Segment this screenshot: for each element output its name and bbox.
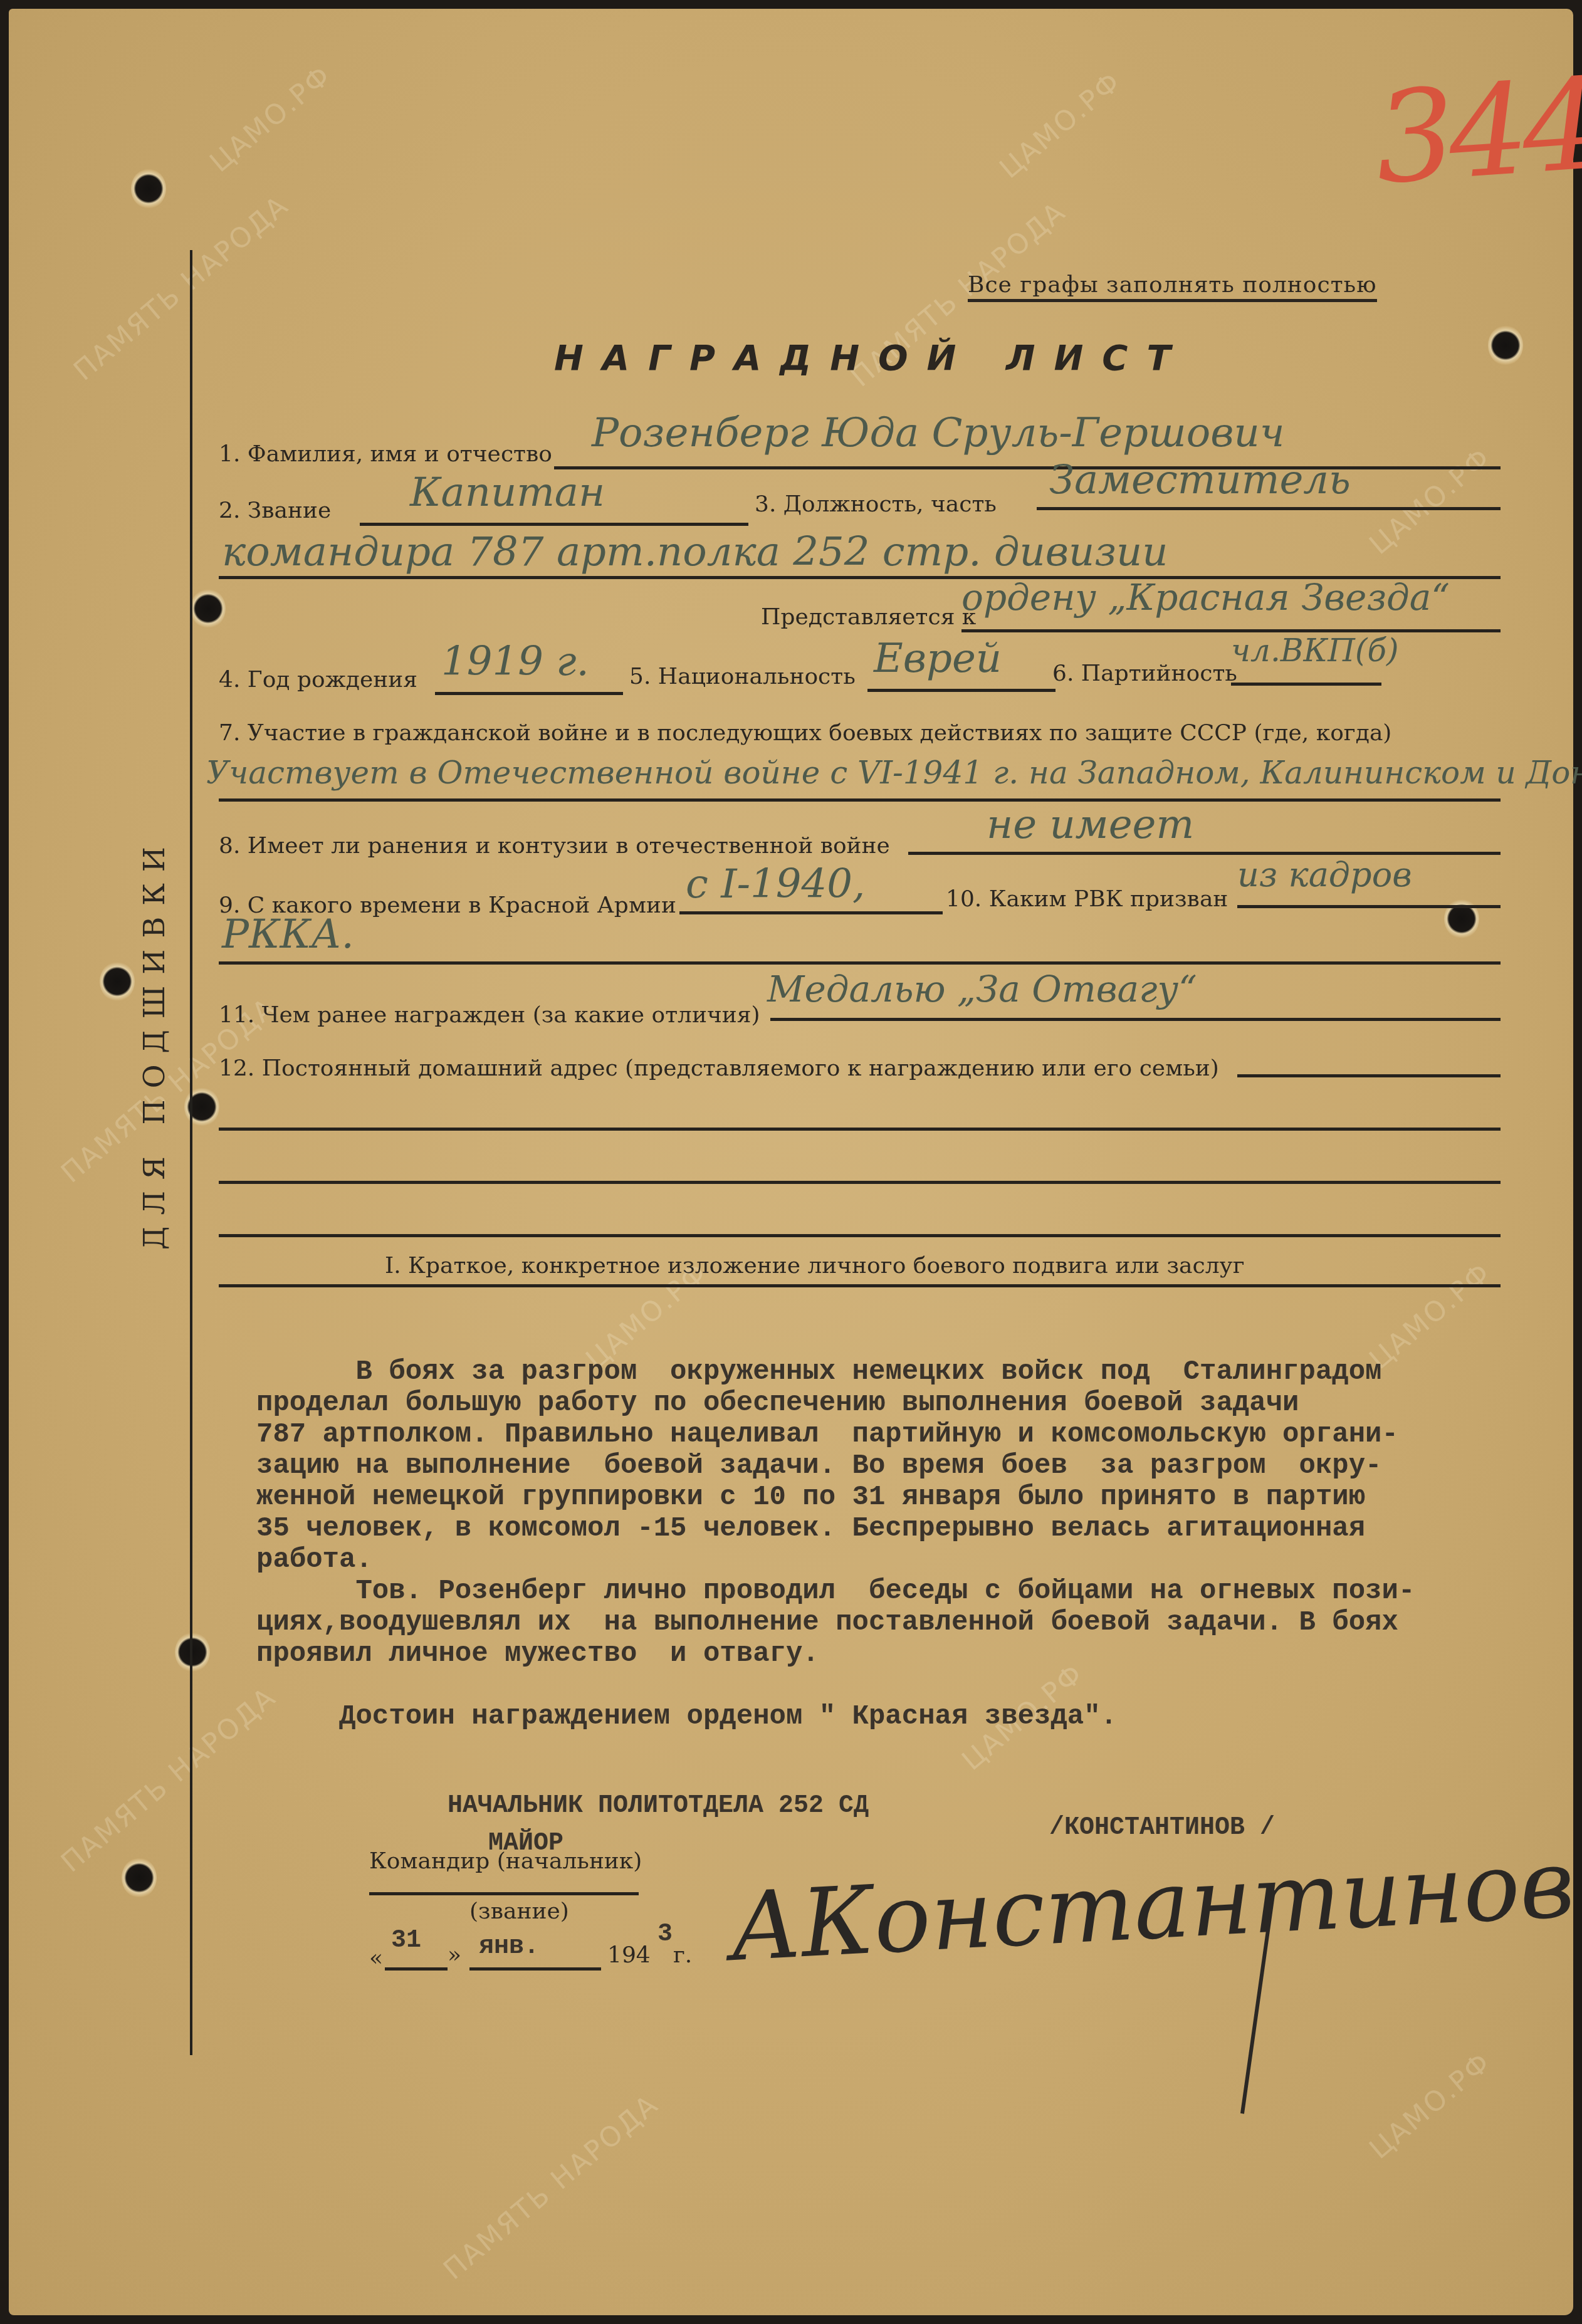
field-10-value-line2: РККА. (222, 911, 354, 958)
narrative-line: проделал большую работу по обеспечению в… (256, 1388, 1554, 1419)
narrative-line: женной немецкой группировки с 10 по 31 я… (256, 1482, 1554, 1513)
field-7-line (219, 798, 1501, 802)
field-3-label: 3. Должность, часть (755, 491, 997, 517)
field-10-line (1237, 905, 1501, 908)
field-3-value-line1: Заместитель (1049, 457, 1351, 503)
field-2-line (360, 523, 748, 526)
field-11-label: 11. Чем ранее награжден (за какие отличи… (219, 1002, 760, 1028)
date-year-abbr: г. (673, 1942, 692, 1968)
field-11-line (770, 1018, 1501, 1021)
field-3-value-line2: командира 787 арт.полка 252 стр. дивизии (222, 529, 1168, 575)
field-7-value: Участвует в Отечественной войне с VI-194… (206, 755, 1582, 791)
section-heading-line (219, 1284, 1501, 1287)
fill-instruction: Все графы заполнять полностью (968, 272, 1377, 302)
date-year-suffix: 3 (657, 1920, 673, 1949)
date-open-quote: « (369, 1945, 383, 1971)
date-month: янв. (479, 1933, 539, 1961)
field-2-label: 2. Звание (219, 498, 331, 523)
narrative-line: проявил личное мужество и отвагу. (256, 1638, 1554, 1670)
handwritten-signature: АКонстантинов (727, 1829, 1577, 1982)
field-6-label: 6. Партийность (1052, 661, 1237, 686)
binding-label: ДЛЯ ПОДШИВКИ (137, 835, 171, 1250)
narrative-line: 35 человек, в комсомол -15 человек. Бесп… (256, 1513, 1554, 1544)
field-1-line (554, 466, 1501, 469)
field-1-label: 1. Фамилия, имя и отчество (219, 441, 552, 467)
watermark: ЦАМО.РФ (1363, 441, 1497, 561)
position-stamp: НАЧАЛЬНИК ПОЛИТОТДЕЛА 252 СД (448, 1792, 869, 1820)
field-9-line (679, 911, 943, 914)
commander-label: Командир (начальник) (369, 1848, 642, 1874)
award-sheet-page: ЦАМО.РФ ЦАМО.РФ ПАМЯТЬ НАРОДА ПАМЯТЬ НАР… (9, 9, 1573, 2315)
narrative-line: Тов. Розенберг лично проводил беседы с б… (256, 1576, 1554, 1607)
binding-margin-line (190, 250, 192, 2055)
document-title: НАГРАДНОЙ ЛИСТ (554, 338, 1190, 379)
section-heading: I. Краткое, конкретное изложение личного… (385, 1253, 1245, 1279)
date-day-line (385, 1967, 448, 1971)
field-8-value: не имеет (987, 802, 1194, 848)
date-month-line (469, 1967, 601, 1971)
field-5-label: 5. Национальность (629, 664, 856, 689)
narrative-line: работа. (256, 1544, 1554, 1576)
field-6-value: чл.ВКП(б) (1231, 632, 1398, 669)
address-line-3 (219, 1181, 1501, 1184)
field-10-label: 10. Каким РВК призван (946, 886, 1228, 912)
watermark: ЦАМО.РФ (1363, 2046, 1497, 2165)
field-10-continuation-line (219, 961, 1501, 965)
narrative-line (256, 1670, 1554, 1701)
field-5-value: Еврей (874, 636, 1002, 682)
binder-hole (100, 961, 135, 1002)
binder-hole (131, 169, 166, 209)
watermark: ПАМЯТЬ НАРОДА (68, 189, 295, 387)
narrative-text: В боях за разгром окруженных немецких во… (256, 1356, 1554, 1732)
field-8-label: 8. Имеет ли ранения и контузии в отечест… (219, 833, 890, 859)
nominated-label: Представляется к (761, 604, 976, 630)
narrative-line: 787 артполком. Правильно нацеливал парти… (256, 1419, 1554, 1450)
address-line-4 (219, 1234, 1501, 1237)
field-12-label: 12. Постоянный домашний адрес (представл… (219, 1055, 1219, 1081)
watermark: ПАМЯТЬ НАРОДА (55, 1681, 283, 1879)
field-4-label: 4. Год рождения (219, 667, 417, 693)
archive-page-number: 344 (1370, 51, 1582, 212)
field-12-line (1237, 1074, 1501, 1077)
binder-hole (175, 1632, 210, 1672)
date-close-quote: » (448, 1942, 461, 1968)
watermark: ЦАМО.РФ (993, 65, 1128, 185)
field-7-label: 7. Участие в гражданской войне и в после… (219, 720, 1391, 746)
nominated-value: ордену „Красная Звезда“ (961, 576, 1450, 619)
rank-line (369, 1892, 639, 1895)
field-2-value: Капитан (410, 469, 605, 516)
narrative-line: циях,воодушевлял их на выполнение постав… (256, 1607, 1554, 1638)
field-6-line (1231, 683, 1381, 686)
narrative-line: В боях за разгром окруженных немецких во… (256, 1356, 1554, 1388)
field-11-value: Медалью „За Отвагу“ (767, 968, 1197, 1010)
binder-hole (122, 1858, 157, 1898)
field-5-line (867, 689, 1056, 692)
rank-caption: (звание) (469, 1898, 569, 1924)
watermark: ЦАМО.РФ (204, 59, 338, 179)
field-3-line (1037, 507, 1501, 510)
watermark: ПАМЯТЬ НАРОДА (437, 2088, 665, 2286)
narrative-line: Достоин награждением орденом " Красная з… (256, 1701, 1554, 1732)
name-stamp: /КОНСТАНТИНОВ / (1049, 1814, 1275, 1842)
address-line-2 (219, 1128, 1501, 1131)
date-year-prefix: 194 (607, 1942, 651, 1968)
binder-hole (191, 589, 226, 629)
date-day: 31 (391, 1927, 421, 1955)
field-4-value: 1919 г. (441, 639, 589, 685)
field-1-value: Розенберг Юда Сруль-Гершович (592, 410, 1285, 456)
field-9-value: с I-1940, (686, 861, 865, 908)
field-4-line (435, 692, 623, 695)
narrative-line: зацию на выполнение боевой задачи. Во вр… (256, 1450, 1554, 1482)
binder-hole (1488, 325, 1523, 365)
field-10-value-line1: из кадров (1237, 855, 1412, 894)
